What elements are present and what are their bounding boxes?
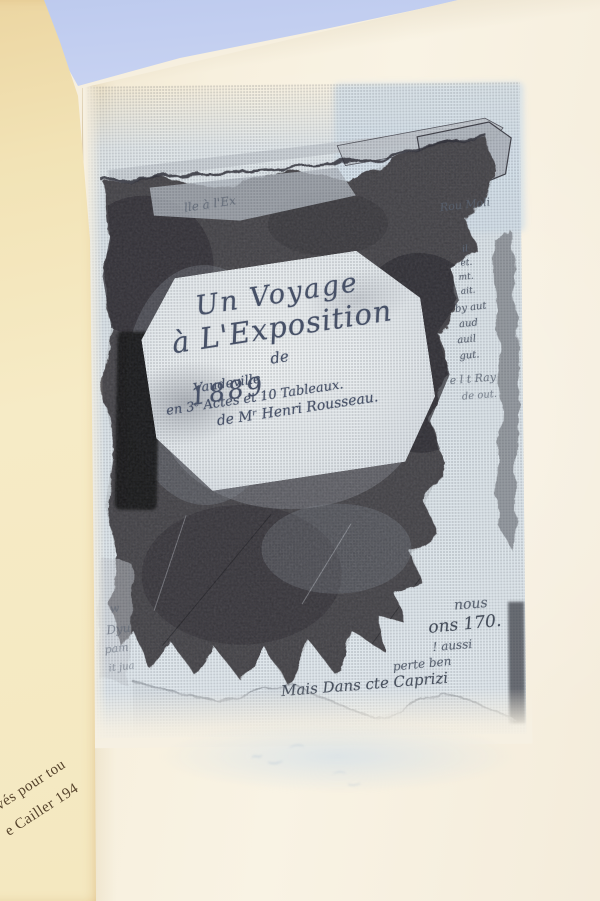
handwriting-fragment-right: il [462, 244, 469, 255]
handwriting-fragment-right: auil [457, 333, 477, 346]
handwriting-fragment-bottom-left: Dyu [106, 621, 132, 638]
handwriting-fragment-bottom-right: nous [453, 595, 488, 614]
photographic-plate: Un Voyage à L'Exposition de 1889 Vaudevi… [87, 82, 527, 738]
handwriting-fragment-right: ait. [460, 286, 476, 297]
handwriting-fragment-bottom-left: w [109, 602, 120, 616]
ghost-mark: ~ ‿ ⌒ [249, 740, 303, 767]
photo-open-book: Un Voyage à L'Exposition de 1889 Vaudevi… [0, 0, 600, 901]
handwriting-fragment-right: et. [460, 258, 473, 269]
colophon-text: vés pour tou e Cailler 194 [0, 752, 87, 841]
show-through-band [140, 718, 535, 814]
handwriting-fragment-right: aud [459, 317, 479, 330]
handwriting-fragment-right: mt. [458, 272, 474, 283]
ghost-mark: ⌒ ‿ [329, 767, 360, 789]
handwriting-fragment-bottom-left: pam [104, 641, 129, 657]
handwriting-fragment-right: gut. [459, 349, 480, 362]
